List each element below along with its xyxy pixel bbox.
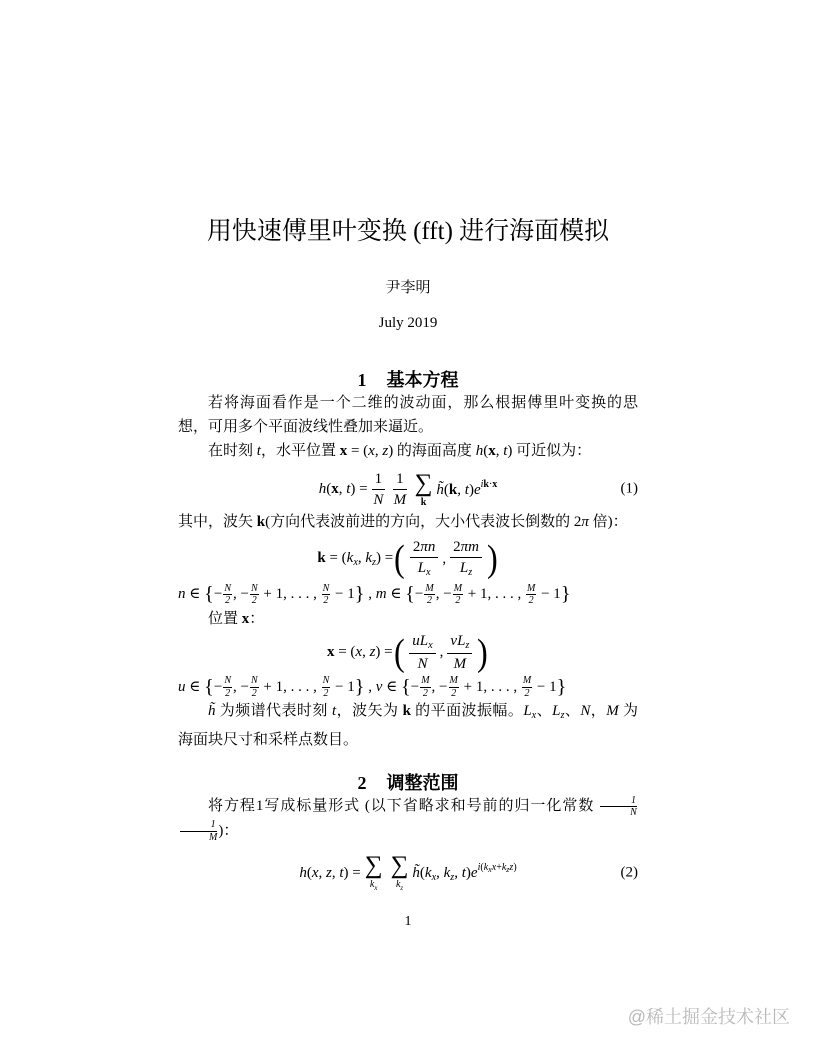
big-left-paren: (: [394, 634, 405, 672]
equation-wave-vector: k = (kx, kz) = ( 2πn Lx , 2πm Lz ): [178, 536, 638, 582]
sum-operator-kz: ∑ kz: [391, 853, 409, 893]
equation-position: x = (x, z) = ( uLx N , vLz M ): [178, 631, 638, 675]
sigma-icon: ∑: [415, 471, 433, 496]
page-number: 1: [0, 914, 816, 930]
paragraph-u-v-range: u ∈ {−N2, −N2 + 1, . . . , N2 − 1} , v ∈…: [178, 675, 638, 700]
sum-operator-k: ∑ k: [415, 471, 433, 508]
sigma-icon: ∑: [391, 853, 409, 878]
fraction-1-over-M: 1 M: [393, 470, 407, 509]
equation-x-lhs: x = (x, z) =: [327, 643, 393, 662]
comma: ,: [442, 550, 446, 569]
section-1-heading: 1基本方程: [178, 369, 638, 391]
paragraph-wave-vector: 其中，波矢 k(方向代表波前进的方向，大小代表波长倒数的 2π 倍)：: [178, 510, 638, 534]
comma: ,: [440, 643, 444, 662]
big-right-paren: ): [487, 540, 498, 578]
author-name: 尹李明: [178, 278, 638, 298]
section-1-title: 基本方程: [387, 370, 459, 390]
paragraph-position-label: 位置 x：: [178, 607, 638, 631]
section-2-heading: 2调整范围: [178, 772, 638, 794]
section-2-title: 调整范围: [387, 773, 459, 793]
sigma-icon: ∑: [365, 853, 383, 878]
equation-1-lhs: h(x, t) =: [319, 480, 368, 499]
paragraph-height-intro: 在时刻 t，水平位置 x = (x, z) 的海面高度 h(x, t) 可近似为…: [178, 439, 638, 463]
equation-2-number: (2): [621, 864, 639, 883]
exponent: ik·x: [481, 479, 498, 490]
section-1-number: 1: [358, 370, 367, 390]
document-page: 用快速傅里叶变换 (fft) 进行海面模拟 尹李明 July 2019 1基本方…: [0, 0, 816, 1056]
paragraph-scalar-form: 将方程1写成标量形式 (以下省略求和号前的归一化常数 1N 1M)：: [178, 794, 638, 843]
equation-1-number: (1): [621, 480, 639, 499]
equation-2-lhs: h(x, z, t) =: [299, 864, 360, 883]
fraction-2pin-Lx: 2πn Lx: [410, 538, 439, 579]
fraction-2pim-Lz: 2πm Lz: [450, 538, 482, 579]
equation-2-term: h̃(kx, kz, t)ei(kxx+kzz): [412, 862, 516, 885]
equation-2: h(x, z, t) = ∑ kx ∑ kz h̃(kx, kz, t)ei(k…: [178, 853, 638, 893]
section-2-number: 2: [358, 773, 367, 793]
equation-k-lhs: k = (kx, kz) =: [317, 549, 393, 570]
equation-1-term: h̃(k, t)eik·x: [436, 479, 497, 500]
watermark: @稀土掘金技术社区: [628, 1003, 790, 1031]
paragraph-spectrum-note: h̃ 为频谱代表时刻 t，波矢为 k 的平面波振幅。Lx、Lz、N，M 为海面块…: [178, 699, 638, 752]
text-column: 用快速傅里叶变换 (fft) 进行海面模拟 尹李明 July 2019 1基本方…: [178, 0, 638, 893]
document-date: July 2019: [178, 313, 638, 333]
fraction-1-over-N: 1 N: [372, 470, 386, 509]
paragraph-n-m-range: n ∈ {−N2, −N2 + 1, . . . , N2 − 1} , m ∈…: [178, 582, 638, 607]
paragraph-intro: 若将海面看作是一个二维的波动面，那么根据傅里叶变换的思想，可用多个平面波线性叠加…: [178, 391, 638, 439]
equation-1: h(x, t) = 1 N 1 M ∑ k h̃(k, t)eik·x (1): [178, 468, 638, 510]
fraction-vLz-M: vLz M: [447, 632, 472, 673]
document-title: 用快速傅里叶变换 (fft) 进行海面模拟: [178, 0, 638, 250]
sum-operator-kx: ∑ kx: [365, 853, 383, 893]
big-right-paren: ): [477, 634, 488, 672]
exponent: i(kxx+kzz): [478, 862, 517, 873]
big-left-paren: (: [394, 540, 405, 578]
fraction-uLx-N: uLx N: [409, 632, 435, 673]
